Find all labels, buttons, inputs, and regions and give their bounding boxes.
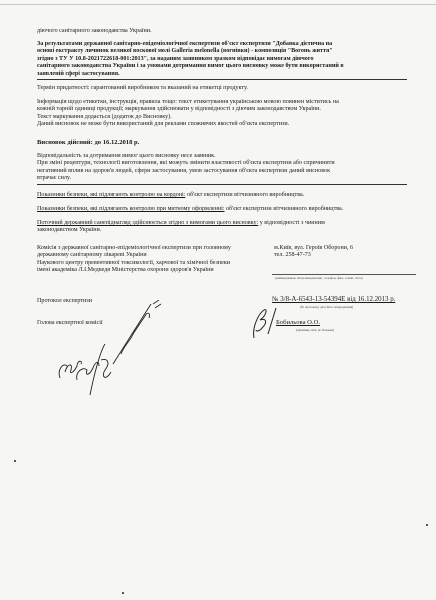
commission-address: м.Київ, вул. Героїв Оборони, 6 тел. 258-… xyxy=(274,245,414,260)
responsibility: Відповідальність за дотримання вимог цьо… xyxy=(37,153,407,183)
continuation-text: діючого санітарного законодавства Україн… xyxy=(37,28,407,35)
section-divider xyxy=(37,184,407,185)
scan-edge-line xyxy=(0,4,436,5)
supervision: Поточний державний санепіднагляд здійсню… xyxy=(37,220,407,235)
head-signature xyxy=(248,304,278,340)
section-divider xyxy=(37,79,407,80)
scanned-document-page: діючого санітарного законодавства Україн… xyxy=(0,0,436,600)
conclusion-line: основі екстракту личинок великої восково… xyxy=(37,48,407,55)
protocol-caption: (№ протоколу, дата його затвердження) xyxy=(300,305,410,309)
shelf-life-text: Термін придатності: гарантований виробни… xyxy=(37,85,407,92)
commission-line: Комісія з державної санітарно-епідеміоло… xyxy=(37,245,277,252)
commission-line: державному санітарному лікареві України xyxy=(37,252,277,259)
supervision-value-line2: законодавством України. xyxy=(37,227,407,234)
scan-speck xyxy=(122,592,124,594)
supervision-label: Поточний державний санепіднагляд здійсню… xyxy=(37,220,258,226)
border-control: Показники безпеки, які підлягають контро… xyxy=(37,192,407,199)
commission-line: Наукового центру превентивної токсиколог… xyxy=(37,260,277,267)
head-caption: (прізвище, ім'я, по батькові) xyxy=(296,328,386,332)
supervision-value: у відповідності з чинним xyxy=(258,220,325,226)
address-line: м.Київ, вул. Героїв Оборони, 6 xyxy=(274,245,414,252)
label-info-line: кожній тарній одиниці продукції; маркува… xyxy=(37,106,407,113)
conclusion-paragraph: За результатами державної санітарно-епід… xyxy=(37,41,407,78)
validity-text: Висновок дійсний: до 16.12.2018 р. xyxy=(37,139,407,146)
address-line: тел. 258-47-73 xyxy=(274,252,414,259)
customs-control: Показники безпеки, які підлягають контро… xyxy=(37,206,407,213)
commission-name: Комісія з державної санітарно-епідеміоло… xyxy=(37,245,277,275)
address-caption: (найменування, місцезнаходження , телефо… xyxy=(275,276,415,280)
scan-speck xyxy=(14,460,16,462)
responsibility-line: При зміні рецептури, технології виготовл… xyxy=(37,160,407,167)
border-control-label: Показники безпеки, які підлягають контро… xyxy=(37,192,185,198)
validity: Висновок дійсний: до 16.12.2018 р. xyxy=(37,139,407,146)
label-info: Інформація щодо етикетки, інструкція, пр… xyxy=(37,99,407,129)
address-underline xyxy=(272,274,416,275)
commission-line: імені академіка Л.І.Медведя Міністерства… xyxy=(37,267,277,274)
handwritten-signatures xyxy=(55,300,165,400)
customs-control-label: Показники безпеки, які підлягають контро… xyxy=(37,206,224,212)
head-name: Бобильова О.О. xyxy=(276,319,376,326)
responsibility-line: негативний вплив на здоров'я людей, сфер… xyxy=(37,168,407,175)
customs-control-value: об'єкт експертизи вітчизняного виробницт… xyxy=(224,206,343,212)
shelf-life: Термін придатності: гарантований виробни… xyxy=(37,85,407,92)
protocol-number-text: № 3/8-А-6543-13-54394Е від 16.12.2013 р. xyxy=(272,296,422,303)
protocol-value: № 3/8-А-6543-13-54394Е від 16.12.2013 р. xyxy=(272,296,422,303)
conclusion-line: санітарного законодавства України і за у… xyxy=(37,63,407,70)
conclusion-line: заявленій сфері застосування. xyxy=(37,71,407,78)
responsibility-line: втрачає силу. xyxy=(37,175,407,182)
label-info-line: Даний висновок не може бути використаний… xyxy=(37,121,407,128)
head-name-text: Бобильова О.О. xyxy=(276,319,376,326)
scan-speck xyxy=(426,524,428,526)
continuation-line: діючого санітарного законодавства Україн… xyxy=(37,28,407,35)
border-control-value: об'єкт експертизи вітчизняного виробницт… xyxy=(185,192,304,198)
